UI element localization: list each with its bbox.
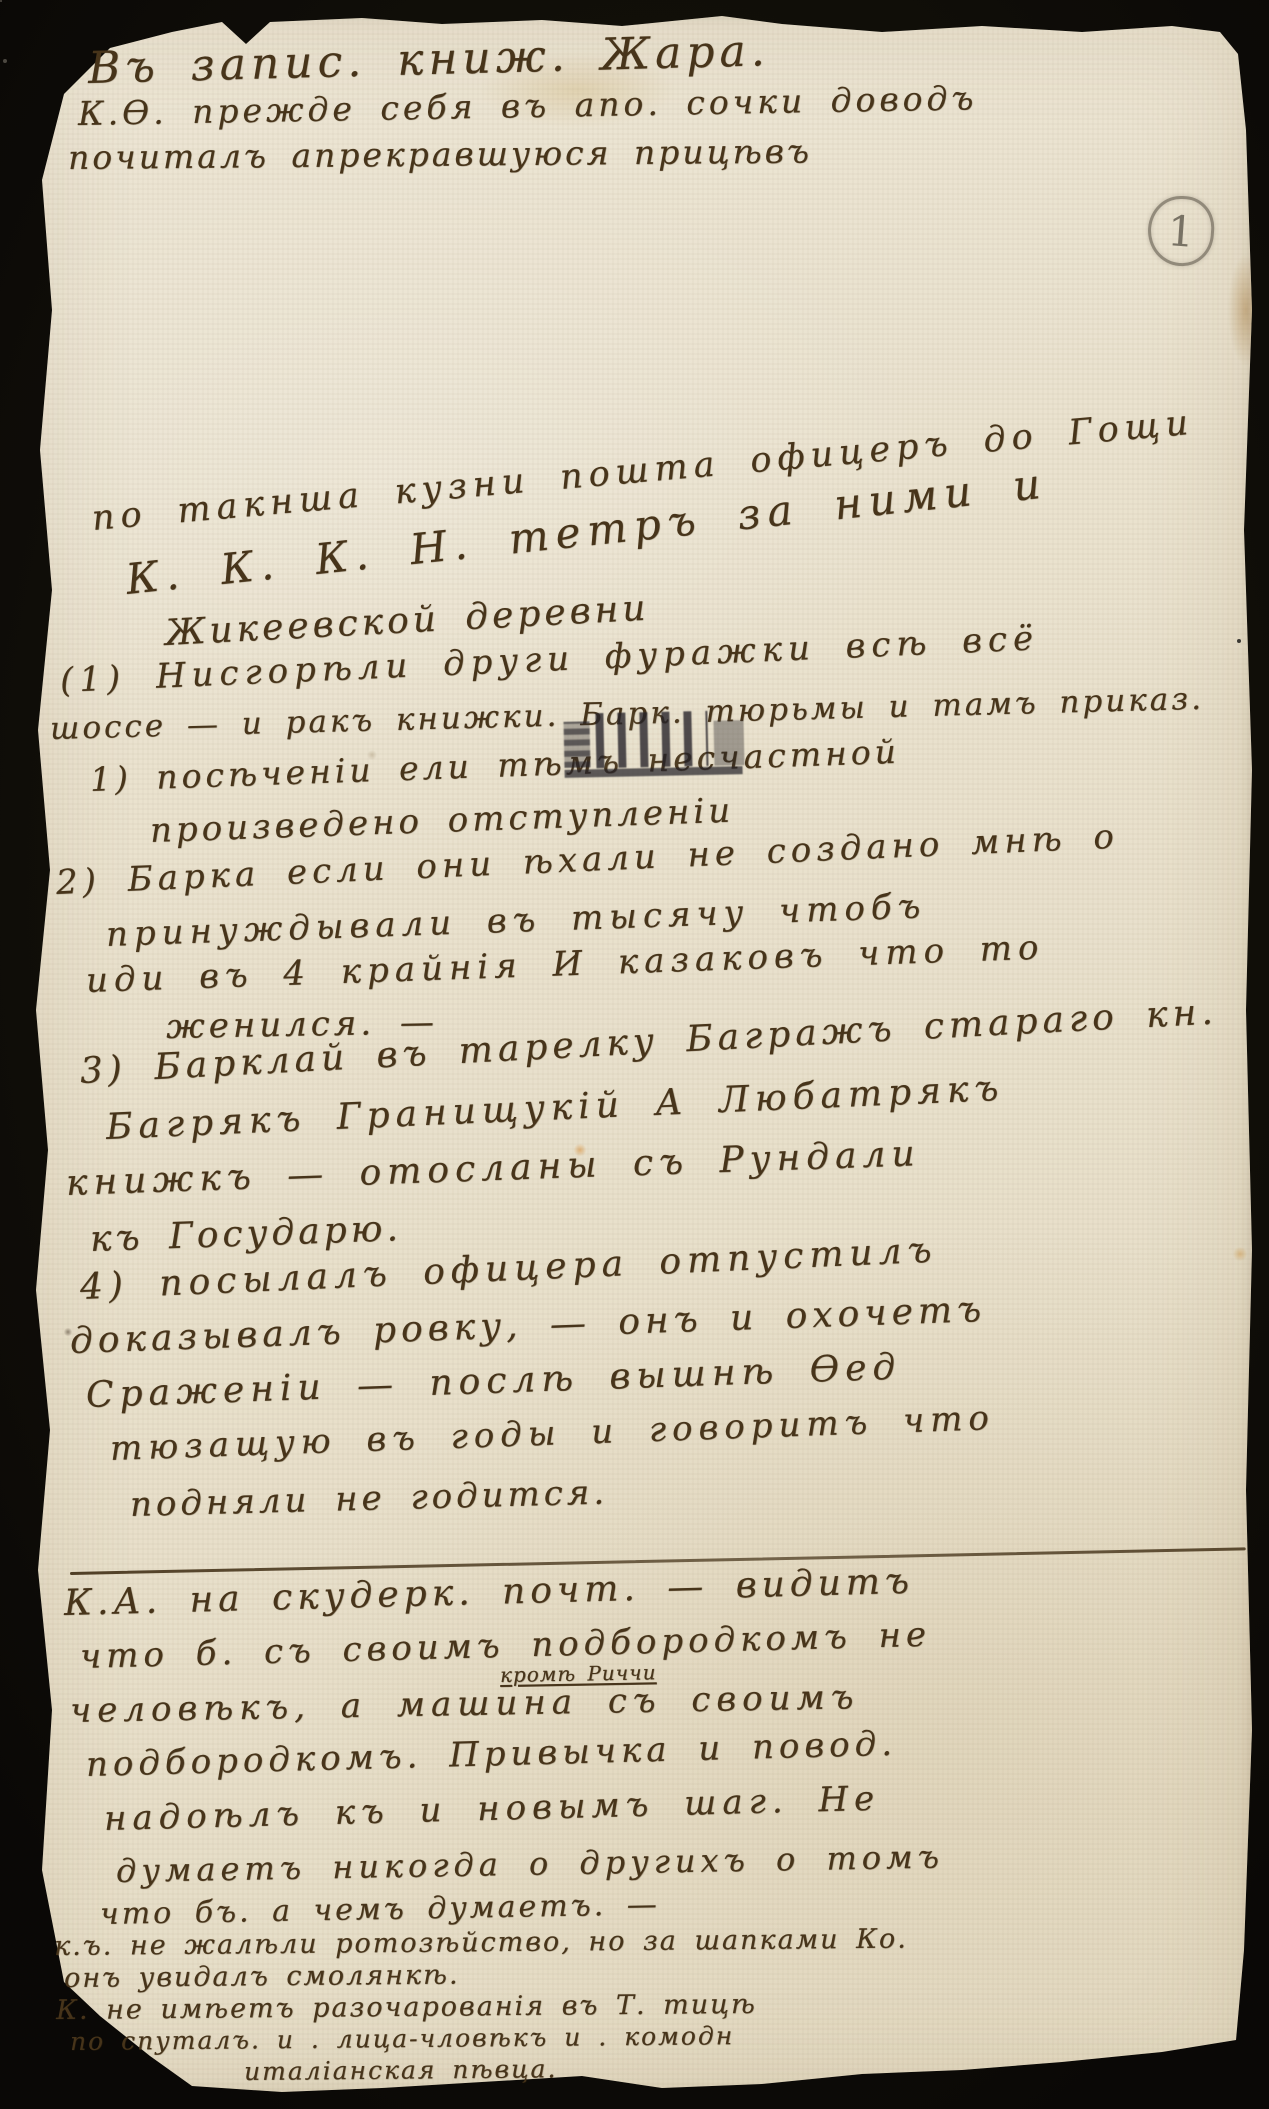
manuscript-line: италіанская пѣвца. bbox=[244, 2055, 558, 2086]
manuscript-line: по спуталъ. и . лица-чловѣкъ и . комодн bbox=[70, 2022, 734, 2056]
dust-specks bbox=[0, 0, 2, 2]
manuscript-line: книжкъ — отосланы съ Рундали bbox=[65, 1134, 921, 1204]
manuscript-line: думаетъ никогда о другихъ о томъ bbox=[116, 1840, 944, 1890]
manuscript-line: 1) посѣченіи ели тѣмъ несчастной bbox=[89, 734, 900, 799]
stamp-left-block bbox=[564, 721, 591, 768]
manuscript-line: подбородкомъ. Привычка и повод. bbox=[86, 1725, 898, 1784]
manuscript-line: къ Государю. bbox=[89, 1209, 402, 1260]
stamp-right-smudge bbox=[714, 720, 745, 766]
page-number: 1 bbox=[1166, 206, 1196, 257]
manuscript-line: к.ъ. не жалѣли ротозѣйство, но за шапкам… bbox=[54, 1925, 908, 1963]
photo-background: Въ запис. книж. Жара.К.Ѳ. прежде себя въ… bbox=[0, 0, 1269, 2109]
manuscript-line: почиталъ апрекравшуюся прицѣвъ bbox=[68, 134, 812, 177]
manuscript-line: надоѣлъ къ и новымъ шаг. Не bbox=[104, 1780, 881, 1838]
archive-ink-stamp bbox=[563, 710, 744, 778]
manuscript-line: К. не имѣетъ разочарованія въ Т. тицѣ bbox=[56, 1990, 757, 2026]
manuscript-line: онъ увидалъ смолянкѣ. bbox=[64, 1961, 460, 1995]
handwriting-layer: Въ запис. книж. Жара.К.Ѳ. прежде себя въ… bbox=[0, 0, 1269, 2109]
manuscript-line: подняли не годится. bbox=[130, 1473, 609, 1524]
stamp-bars bbox=[595, 711, 708, 768]
manuscript-line: человѣкъ, а машина съ своимъ bbox=[70, 1678, 860, 1730]
manuscript-line: что бъ. а чемъ думаетъ. — bbox=[100, 1888, 660, 1931]
